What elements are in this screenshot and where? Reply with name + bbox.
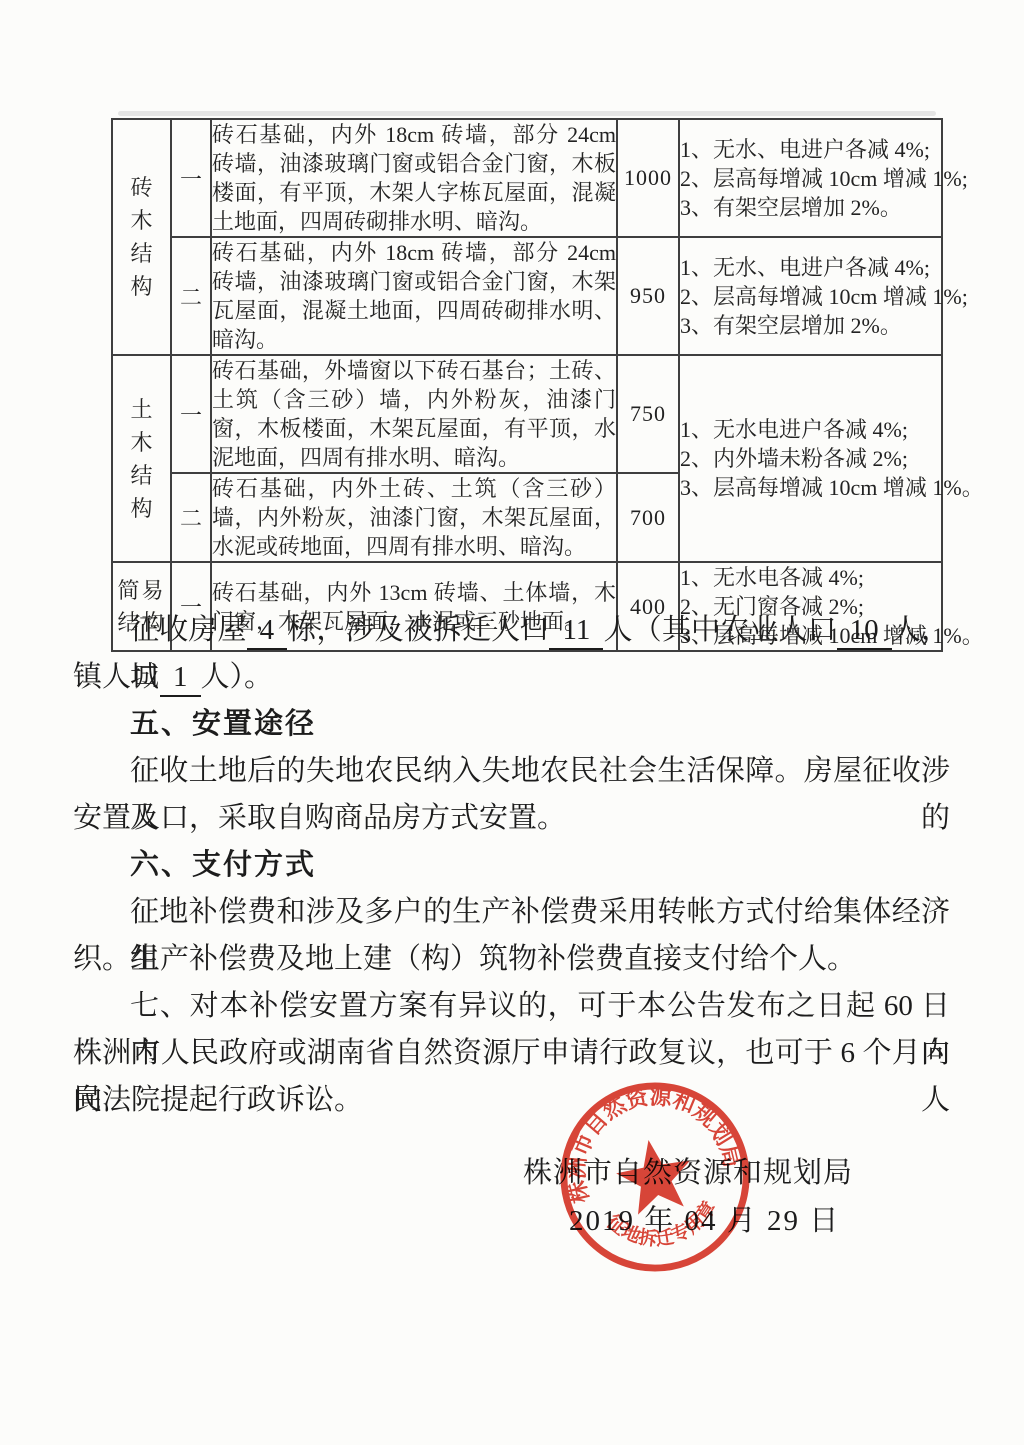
description-cell: 砖石基础，内外 18cm 砖墙，部分 24cm 砖墙，油漆玻璃门窗或铝合金门窗，… bbox=[211, 119, 617, 237]
underlined-number: 1 bbox=[160, 659, 201, 697]
paragraph-line: 征收房屋4栋，涉及被拆迁人口11人（其中农业人口10人，城 bbox=[73, 607, 950, 654]
value-cell: 950 bbox=[617, 237, 679, 355]
paragraph-line: 征收土地后的失地农民纳入失地农民社会生活保障。房屋征收涉及的 bbox=[73, 748, 950, 795]
note-line: 1、无水电各减 4%; bbox=[680, 563, 941, 592]
note-line: 3、有架空层增加 2%。 bbox=[680, 193, 941, 222]
table-row: 土木结构 一 砖石基础，外墙窗以下砖石基台；土砖、土筑（含三砂）墙，内外粉灰，油… bbox=[112, 355, 942, 473]
description-cell: 砖石基础，外墙窗以下砖石基台；土砖、土筑（含三砂）墙，内外粉灰，油漆门窗，木板楼… bbox=[211, 355, 617, 473]
paragraph-line: 镇人口1人）。 bbox=[73, 654, 950, 701]
note-line: 1、无水电进户各减 4%; bbox=[680, 415, 941, 444]
text-segment: 征收房屋 bbox=[130, 614, 247, 646]
note-line: 1、无水、电进户各减 4%; bbox=[680, 253, 941, 282]
grade-cell: 二 bbox=[171, 473, 211, 562]
document-page: 砖木结构 一 砖石基础，内外 18cm 砖墙，部分 24cm 砖墙，油漆玻璃门窗… bbox=[0, 0, 1024, 1445]
text-segment: 人（其中农业人口 bbox=[603, 614, 836, 646]
signature-org: 株洲市自然资源和规划局 bbox=[523, 1150, 853, 1191]
grade-cell: 一 bbox=[171, 119, 211, 237]
value-cell: 750 bbox=[617, 355, 679, 473]
underlined-number: 4 bbox=[247, 612, 288, 650]
paragraph-line: 征地补偿费和涉及多户的生产补偿费采用转帐方式付给集体经济组 bbox=[73, 889, 950, 936]
paragraph-line: 株洲市人民政府或湖南省自然资源厅申请行政复议，也可于 6 个月内向人 bbox=[73, 1030, 950, 1077]
grade-cell: 一 bbox=[171, 355, 211, 473]
description-cell: 砖石基础，内外土砖、土筑（含三砂）墙，内外粉灰，油漆门窗，木架瓦屋面，水泥或砖地… bbox=[211, 473, 617, 562]
text-segment: 栋，涉及被拆迁人口 bbox=[287, 614, 549, 646]
table-row: 砖木结构 一 砖石基础，内外 18cm 砖墙，部分 24cm 砖墙，油漆玻璃门窗… bbox=[112, 119, 942, 237]
compensation-table: 砖木结构 一 砖石基础，内外 18cm 砖墙，部分 24cm 砖墙，油漆玻璃门窗… bbox=[111, 118, 943, 652]
value-cell: 1000 bbox=[617, 119, 679, 237]
structure-type-cell: 土木结构 bbox=[112, 355, 171, 562]
notes-cell: 1、无水电进户各减 4%; 2、内外墙未粉各减 2%; 3、层高每增减 10cm… bbox=[679, 355, 942, 562]
note-line: 2、层高每增减 10cm 增减 1%; bbox=[680, 282, 941, 311]
table-row: 二 砖石基础，内外 18cm 砖墙，部分 24cm 砖墙，油漆玻璃门窗或铝合金门… bbox=[112, 237, 942, 355]
note-line: 3、层高每增减 10cm 增减 1%。 bbox=[680, 473, 941, 502]
paragraph-line: 七、对本补偿安置方案有异议的，可于本公告发布之日起 60 日内向 bbox=[73, 983, 950, 1030]
document-body: 征收房屋4栋，涉及被拆迁人口11人（其中农业人口10人，城 镇人口1人）。 五、… bbox=[73, 607, 950, 1124]
note-line: 2、内外墙未粉各减 2%; bbox=[680, 444, 941, 473]
structure-type-cell: 砖木结构 bbox=[112, 119, 171, 355]
underlined-number: 10 bbox=[837, 612, 892, 650]
grade-cell: 二 bbox=[171, 237, 211, 355]
structure-type-label: 砖木结构 bbox=[129, 171, 154, 303]
note-line: 2、层高每增减 10cm 增减 1%; bbox=[680, 164, 941, 193]
text-segment: 人）。 bbox=[201, 661, 274, 693]
structure-type-label: 土木结构 bbox=[129, 393, 154, 525]
section-heading: 五、安置途径 bbox=[73, 701, 950, 748]
signature-date: 2019 年 04 月 29 日 bbox=[569, 1198, 840, 1239]
underlined-number: 11 bbox=[549, 612, 603, 650]
note-line: 1、无水、电进户各减 4%; bbox=[680, 135, 941, 164]
notes-cell: 1、无水、电进户各减 4%; 2、层高每增减 10cm 增减 1%; 3、有架空… bbox=[679, 237, 942, 355]
text-segment: 镇人口 bbox=[73, 661, 160, 693]
value-cell: 700 bbox=[617, 473, 679, 562]
notes-cell: 1、无水、电进户各减 4%; 2、层高每增减 10cm 增减 1%; 3、有架空… bbox=[679, 119, 942, 237]
note-line: 3、有架空层增加 2%。 bbox=[680, 311, 941, 340]
description-cell: 砖石基础，内外 18cm 砖墙，部分 24cm 砖墙，油漆玻璃门窗或铝合金门窗，… bbox=[211, 237, 617, 355]
paragraph-line: 织。生产补偿费及地上建（构）筑物补偿费直接支付给个人。 bbox=[73, 936, 950, 983]
scan-artifact bbox=[118, 111, 936, 116]
section-heading: 六、支付方式 bbox=[73, 842, 950, 889]
